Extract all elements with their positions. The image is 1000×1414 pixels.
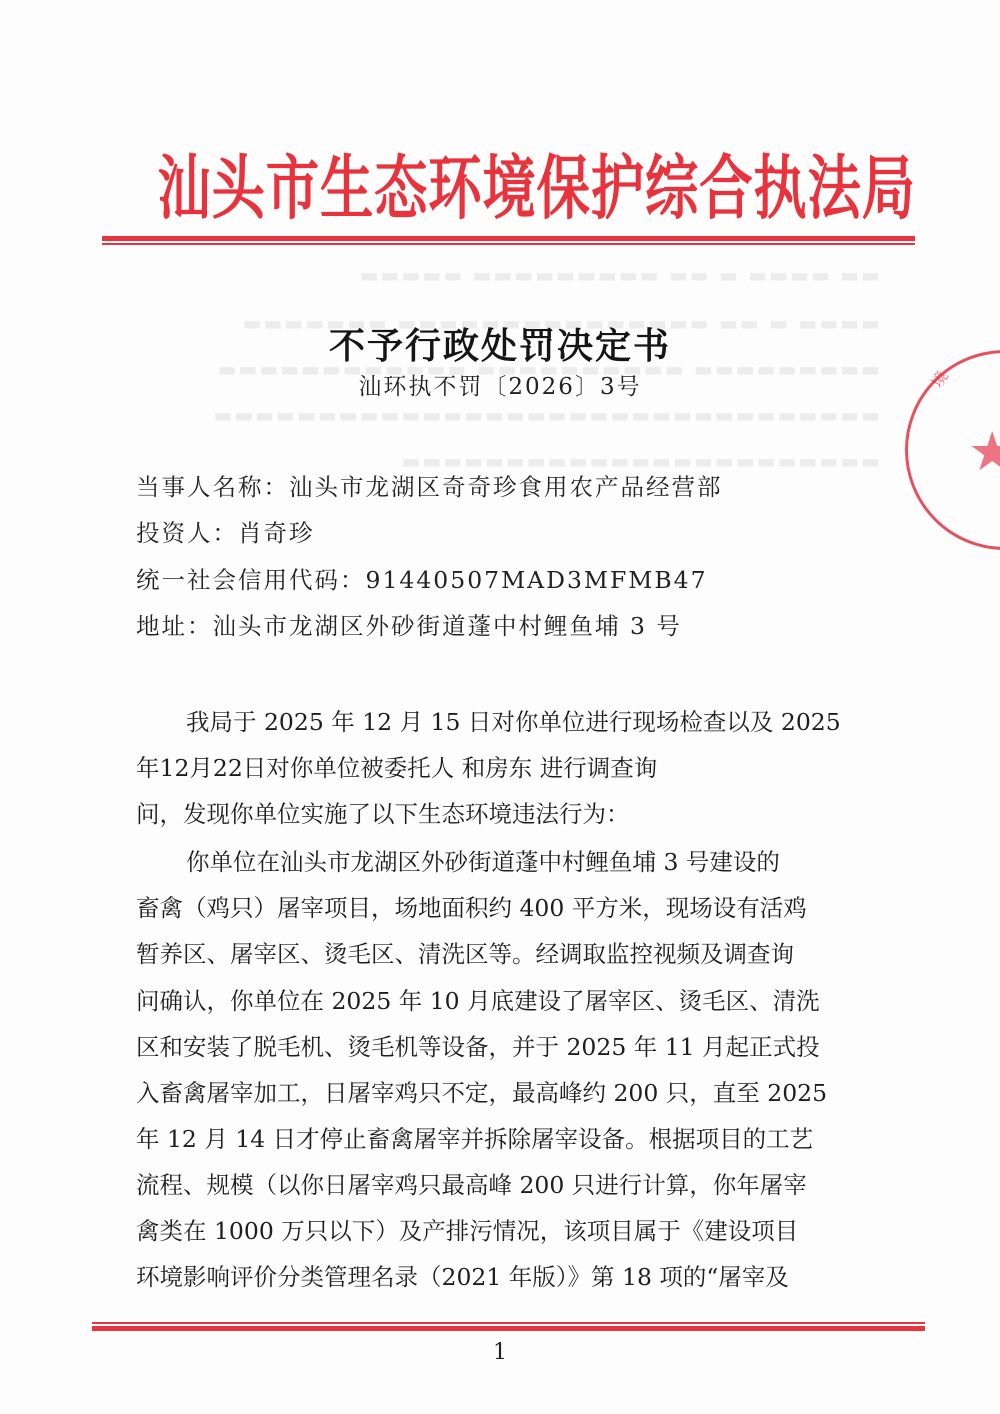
paragraph-line: 禽类在 1000 万只以下）及产排污情况，该项目属于《建设项目 — [136, 1212, 876, 1246]
star-icon: ★ — [968, 425, 1000, 479]
paragraph-line: 环境影响评价分类管理名录（2021 年版）》第 18 项的“屠宰及 — [136, 1258, 876, 1292]
party-name-row: 当事人名称：汕头市龙湖区奇奇珍食用农产品经营部 — [136, 468, 723, 502]
investor-value: 肖奇珍 — [238, 519, 315, 547]
paragraph-line: 问确认，你单位在 2025 年 10 月底建设了屠宰区、烫毛区、清洗 — [136, 982, 876, 1016]
paragraph-line: 年12月22日对你单位被委托人 和房东 进行调查询 — [136, 749, 876, 783]
agency-masthead: 汕头市生态环境保护综合执法局 — [157, 138, 862, 239]
bleed-through-text: ▬▬ ▬▬▬▬ ▬ ▬▬ ▬▬▬▬▬▬▬▬▬ ▬▬▬▬▬ — [140, 252, 880, 298]
address-label: 地址： — [136, 612, 213, 640]
credit-code-label: 统一社会信用代码： — [136, 566, 366, 594]
masthead-divider-thin — [102, 243, 915, 245]
investor-label: 投资人： — [136, 519, 238, 547]
paragraph-line: 我局于 2025 年 12 月 15 日对你单位进行现场检查以及 2025 — [186, 703, 876, 737]
document-title: 不予行政处罚决定书 — [0, 318, 1000, 369]
party-name-label: 当事人名称： — [136, 473, 289, 501]
document-page: ▬▬ ▬▬▬▬ ▬ ▬▬ ▬▬▬▬▬▬▬▬▬ ▬▬▬▬▬ ▬▬▬▬ ▬ ▬▬ ▬… — [0, 0, 1000, 1414]
investor-row: 投资人：肖奇珍 — [136, 514, 315, 548]
credit-code-row: 统一社会信用代码：91440507MAD3MFMB47 — [136, 561, 708, 595]
party-name-value: 汕头市龙湖区奇奇珍食用农产品经营部 — [289, 473, 723, 501]
paragraph-line: 暂养区、屠宰区、烫毛区、清洗区等。经调取监控视频及调查询 — [136, 935, 876, 969]
masthead-divider-thick — [102, 236, 915, 241]
paragraph-line: 入畜禽屠宰加工，日屠宰鸡只不定，最高峰约 200 只，直至 2025 — [136, 1074, 876, 1108]
address-value: 汕头市龙湖区外砂街道蓬中村鲤鱼埔 3 号 — [213, 612, 682, 640]
credit-code-value: 91440507MAD3MFMB47 — [366, 566, 708, 594]
paragraph-line: 畜禽（鸡只）屠宰项目，场地面积约 400 平方米，现场设有活鸡 — [136, 889, 876, 923]
paragraph-line: 区和安装了脱毛机、烫毛机等设备，并于 2025 年 11 月起正式投 — [136, 1028, 876, 1062]
address-row: 地址：汕头市龙湖区外砂街道蓬中村鲤鱼埔 3 号 — [136, 607, 682, 641]
footer-divider-thin — [92, 1322, 925, 1324]
paragraph-line: 问，发现你单位实施了以下生态环境违法行为： — [136, 795, 876, 829]
paragraph-line: 你单位在汕头市龙湖区外砂街道蓬中村鲤鱼埔 3 号建设的 — [186, 843, 876, 877]
paragraph-line: 流程、规模（以你日屠宰鸡只最高峰 200 只进行计算，你年屠宰 — [136, 1166, 876, 1200]
footer-divider-thick — [92, 1326, 925, 1331]
paragraph-line: 年 12 月 14 日才停止畜禽屠宰并拆除屠宰设备。根据项目的工艺 — [136, 1120, 876, 1154]
document-number: 汕环执不罚〔2026〕3号 — [0, 368, 1000, 401]
page-number: 1 — [0, 1340, 1000, 1365]
